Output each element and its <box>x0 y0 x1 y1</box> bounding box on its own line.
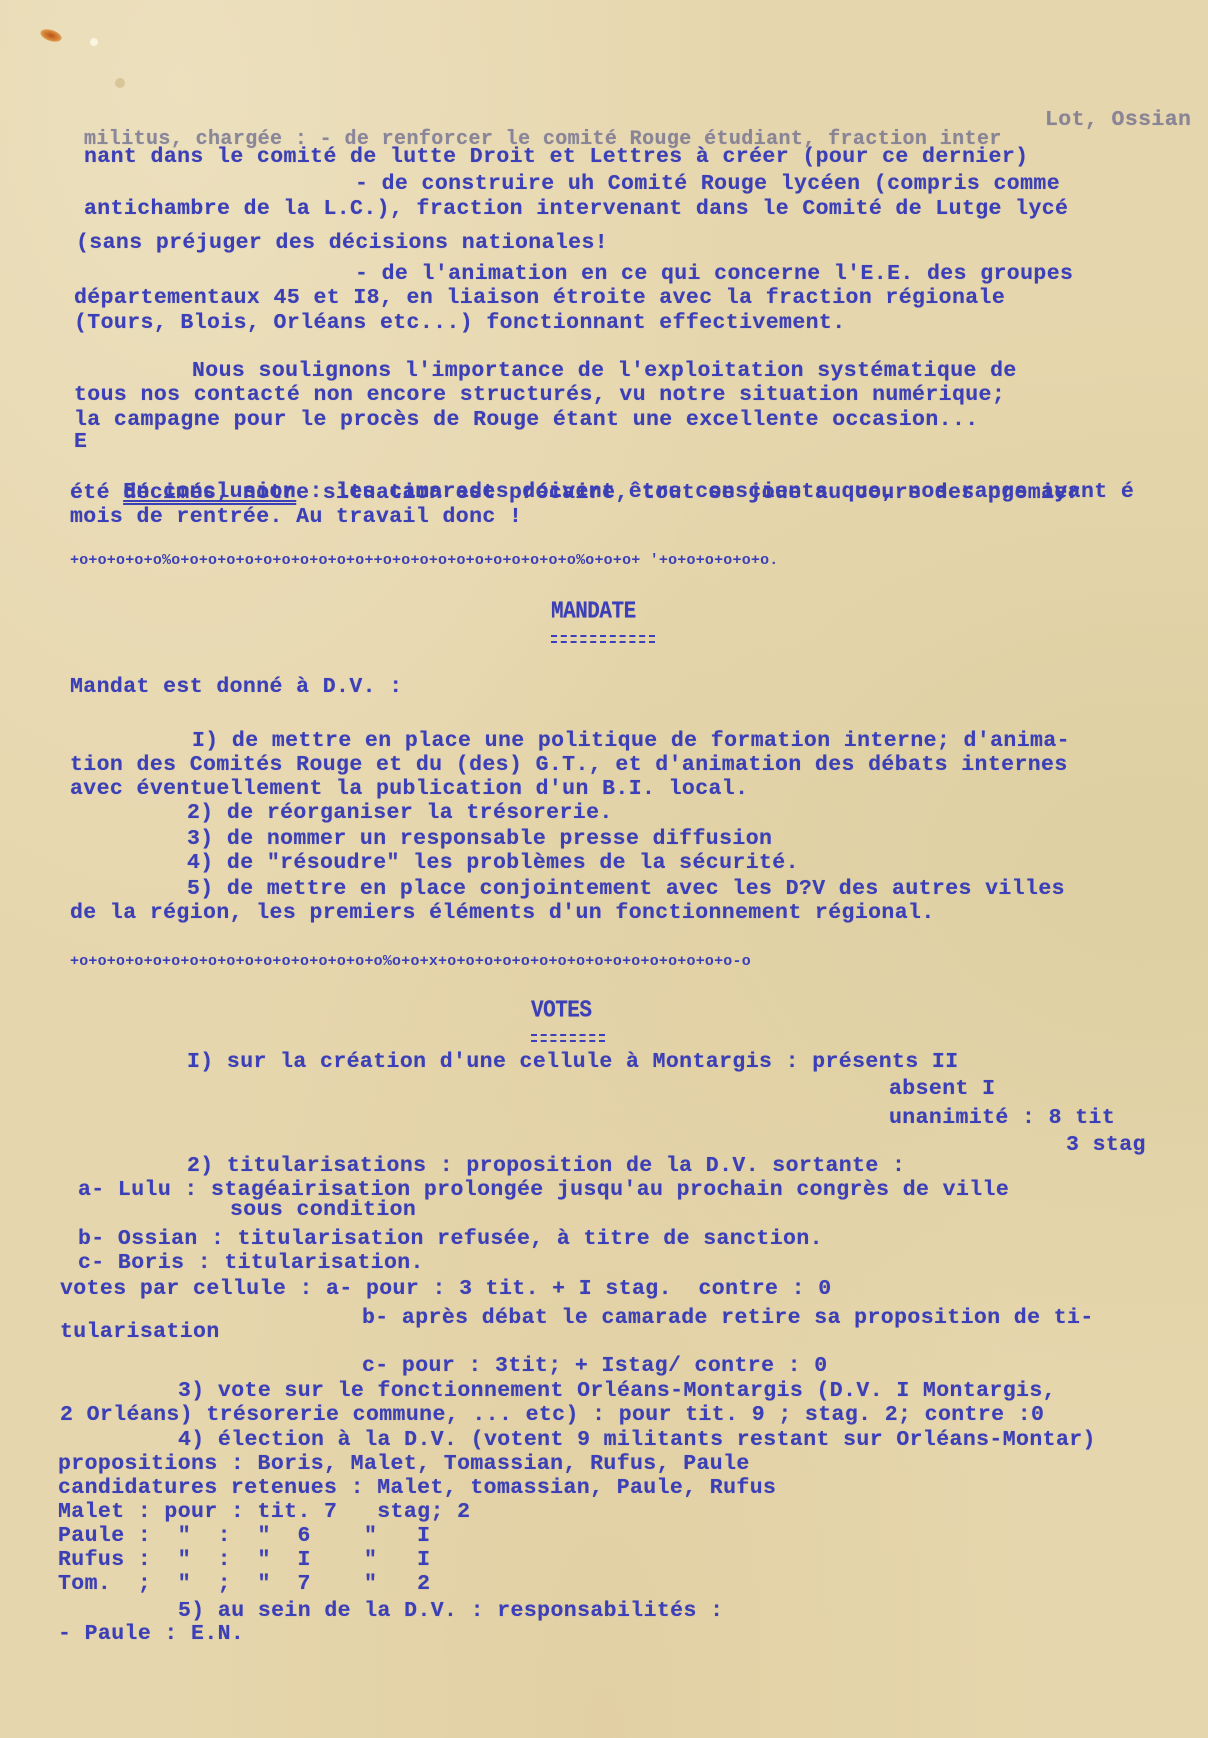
paper-blemish <box>115 78 125 88</box>
text-line: été décimés, notre situation est précair… <box>70 481 1081 505</box>
votes-per-cell-b: b- après débat le camarade retire sa pro… <box>362 1306 1094 1330</box>
text-line: 2) de réorganiser la trésorerie. <box>187 801 613 825</box>
separator-line: +o+o+o+o+o+o+o+o+o+o+o+o+o+o+o+o+o%o+o+x… <box>70 953 1180 970</box>
text-line: 3) de nommer un responsable presse diffu… <box>187 827 772 851</box>
text-line: tous nos contacté non encore structurés,… <box>74 383 1005 407</box>
election-result-row: Paule : " : " 6 " I <box>58 1524 430 1548</box>
election-result-row: Malet : pour : tit. 7 stag; 2 <box>58 1500 470 1524</box>
vote-item-3: 3) vote sur le fonctionnement Orléans-Mo… <box>178 1379 1056 1403</box>
text-line: tion des Comités Rouge et du (des) G.T.,… <box>70 753 1068 777</box>
section-title-mandate: MANDATE <box>551 599 636 627</box>
vote-item-1-stag: 3 stag <box>1066 1133 1146 1157</box>
vote-item-2: 2) titularisations : proposition de la D… <box>187 1154 905 1178</box>
text-line: mois de rentrée. Au travail donc ! <box>70 505 522 529</box>
text-line: de la région, les premiers éléments d'un… <box>70 901 935 925</box>
election-result-row: Rufus : " : " I " I <box>58 1548 430 1572</box>
text-line: 5) de mettre en place conjointement avec… <box>187 877 1065 901</box>
text-line: nant dans le comité de lutte Droit et Le… <box>84 145 1028 169</box>
rust-stain <box>39 27 63 44</box>
vote-item-2b: b- Ossian : titularisation refusée, à ti… <box>78 1227 823 1251</box>
vote-item-2a: a- Lulu : stagéairisation prolongée jusq… <box>78 1178 1009 1202</box>
separator-line: +o+o+o+o+o%o+o+o+o+o+o+o+o+o+o+o++o+o+o+… <box>70 552 1208 569</box>
vote-item-1: I) sur la création d'une cellule à Monta… <box>187 1050 959 1074</box>
votes-per-cell-c: c- pour : 3tit; + Istag/ contre : 0 <box>362 1354 828 1378</box>
text-line: antichambre de la L.C.), fraction interv… <box>84 197 1068 221</box>
vote-item-4-candidatures: candidatures retenues : Malet, tomassian… <box>58 1476 776 1500</box>
title-underline <box>531 1034 605 1042</box>
vote-item-1-unanimite: unanimité : 8 tit <box>889 1106 1115 1130</box>
vote-item-2a-cont: sous condition <box>230 1198 416 1222</box>
vote-item-4-propositions: propositions : Boris, Malet, Tomassian, … <box>58 1452 750 1476</box>
text-line: E <box>74 430 87 454</box>
votes-per-cell-b-cont: tularisation <box>60 1320 220 1344</box>
text-line: Mandat est donné à D.V. : <box>70 675 403 699</box>
votes-per-cell-a: votes par cellule : a- pour : 3 tit. + I… <box>60 1277 832 1301</box>
text-line: départementaux 45 et I8, en liaison étro… <box>74 286 1005 310</box>
vote-item-5-paule: - Paule : E.N. <box>58 1622 244 1646</box>
vote-item-3-cont: 2 Orléans) trésorerie commune, ... etc) … <box>60 1403 1044 1427</box>
vote-item-2c: c- Boris : titularisation. <box>78 1251 424 1275</box>
text-line: avec éventuellement la publication d'un … <box>70 777 748 801</box>
typewritten-page: Lot, Ossian militus, chargée : - de renf… <box>0 0 1208 1738</box>
vote-item-4: 4) élection à la D.V. (votent 9 militant… <box>178 1428 1096 1452</box>
text-line: Nous soulignons l'importance de l'exploi… <box>192 359 1017 383</box>
election-result-row: Tom. ; " ; " 7 " 2 <box>58 1572 430 1596</box>
faint-header: Lot, Ossian <box>1045 108 1191 132</box>
vote-item-1-absent: absent I <box>889 1077 995 1101</box>
text-line: (Tours, Blois, Orléans etc...) fonctionn… <box>74 311 846 335</box>
text-line: I) de mettre en place une politique de f… <box>192 729 1070 753</box>
text-line: - de l'animation en ce qui concerne l'E.… <box>355 262 1073 286</box>
text-line: la campagne pour le procès de Rouge étan… <box>74 408 979 432</box>
text-line: 4) de "résoudre" les problèmes de la séc… <box>187 851 799 875</box>
vote-item-5: 5) au sein de la D.V. : responsabilités … <box>178 1599 723 1623</box>
text-line: (sans préjuger des décisions nationales! <box>76 231 608 255</box>
title-underline <box>551 635 655 643</box>
text-line: - de construire uh Comité Rouge lycéen (… <box>355 172 1060 196</box>
paper-blemish <box>90 38 98 46</box>
section-title-votes: VOTES <box>531 998 592 1026</box>
